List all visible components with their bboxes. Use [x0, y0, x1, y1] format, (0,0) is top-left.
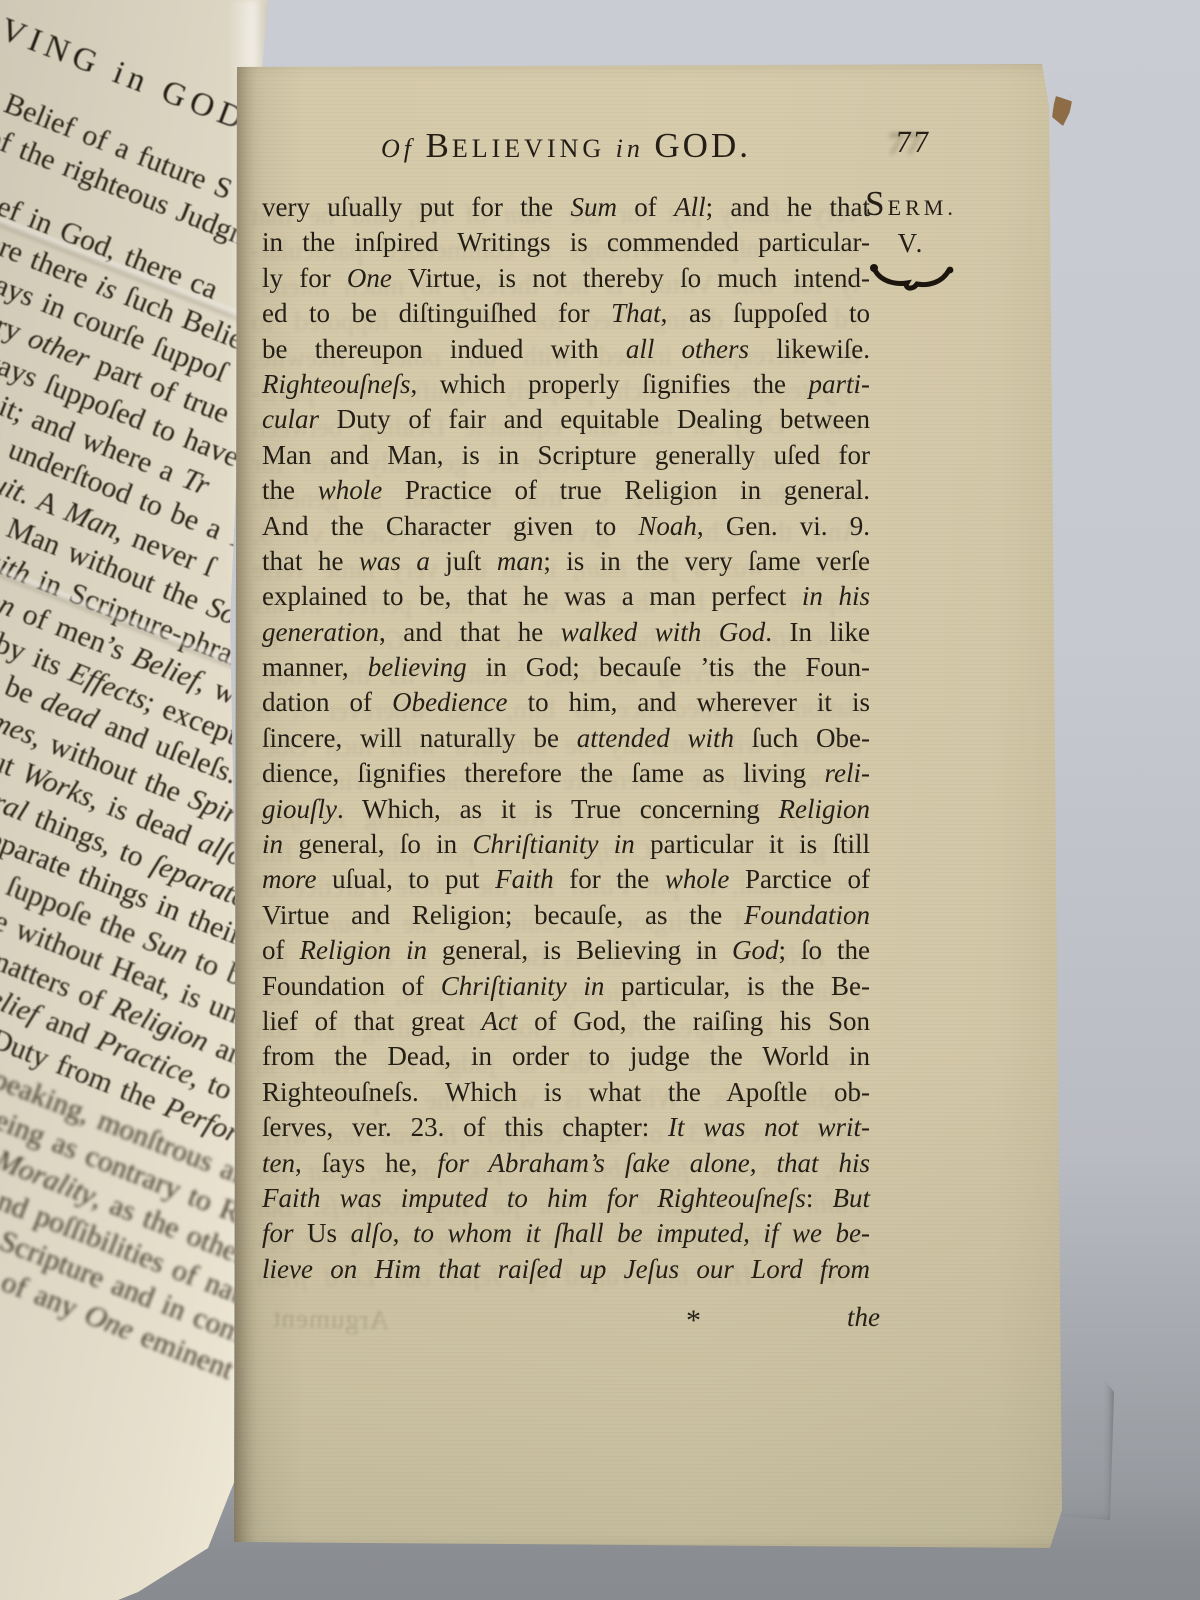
signature-mark: *: [686, 1304, 701, 1338]
body-text-line: giouſly. Which, as it is True concerning…: [262, 792, 870, 827]
body-text-line: the whole Practice of true Religion in g…: [262, 473, 870, 508]
running-head: Of BELIEVING in GOD.: [262, 126, 870, 166]
body-text-line: explained to be, that he was a man perfe…: [262, 579, 870, 614]
body-text-line: ed to be diſtinguiſhed for That, as ſupp…: [262, 296, 870, 331]
ink-brace-mark: [865, 261, 957, 293]
body-text-line: ſincere, will naturally be attended with…: [262, 721, 870, 756]
body-text-line: Faith was imputed to him for Righteouſne…: [262, 1181, 870, 1216]
body-text-line: in general, ſo in Chriſtianity in partic…: [262, 827, 870, 862]
body-text-line: generation, and that he walked with God.…: [262, 615, 870, 650]
body-text-line: Foundation of Chriſtianity in particular…: [262, 969, 870, 1004]
body-text-line: Man and Man, is in Scripture generally u…: [262, 438, 870, 473]
page-number: 77: [895, 124, 978, 160]
body-text-line: from the Dead, in order to judge the Wor…: [262, 1039, 870, 1074]
book-photo-scene: EVING in GOD. firm Belief of a future So…: [0, 0, 1200, 1600]
body-text-block: very uſually put for the Sum of All; and…: [262, 190, 870, 1287]
body-text-line: And the Character given to Noah, Gen. vi…: [262, 509, 870, 544]
body-text-line: ly for One Virtue, is not thereby ſo muc…: [262, 261, 870, 296]
body-text-line: that he was a juſt man; is in the very ſ…: [262, 544, 870, 579]
body-text-line: be thereupon indued with all others like…: [262, 332, 870, 367]
body-text-line: cular Duty of fair and equitable Dealing…: [262, 402, 870, 437]
body-text-line: for Us alſo, to whom it ſhall be imputed…: [262, 1216, 870, 1251]
body-text-line: ſerves, ver. 23. of this chapter: It was…: [262, 1110, 870, 1145]
body-text-line: ten, ſays he, for Abraham’s ſake alone, …: [262, 1146, 870, 1181]
body-text-line: Virtue and Religion; becauſe, as the Fou…: [262, 898, 870, 933]
body-text-line: of Religion in general, is Believing in …: [262, 933, 870, 968]
body-text-line: lief of that great Act of God, the raiſi…: [262, 1004, 870, 1039]
body-text-line: lieve on Him that raiſed up Jeſus our Lo…: [262, 1252, 870, 1287]
body-text-line: dience, ſignifies therefore the ſame as …: [262, 756, 870, 791]
body-text-line: dation of Obedience to him, and wherever…: [262, 685, 870, 720]
body-text-line: in the inſpired Writings is commended pa…: [262, 225, 870, 260]
body-text-line: manner, believing in God; becauſe ’tis t…: [262, 650, 870, 685]
catchword: the: [847, 1302, 880, 1333]
body-text-line: Righteouſneſs, which properly ſignifies …: [262, 367, 870, 402]
show-through-word: Argument: [272, 1303, 390, 1336]
right-page: very uſually put for the Sum of All; and…: [232, 64, 1062, 1548]
body-text-line: very uſually put for the Sum of All; and…: [262, 190, 870, 225]
body-text-line: more uſual, to put Faith for the whole P…: [262, 862, 870, 897]
body-text-line: Righteouſneſs. Which is what the Apoſtle…: [262, 1075, 870, 1110]
